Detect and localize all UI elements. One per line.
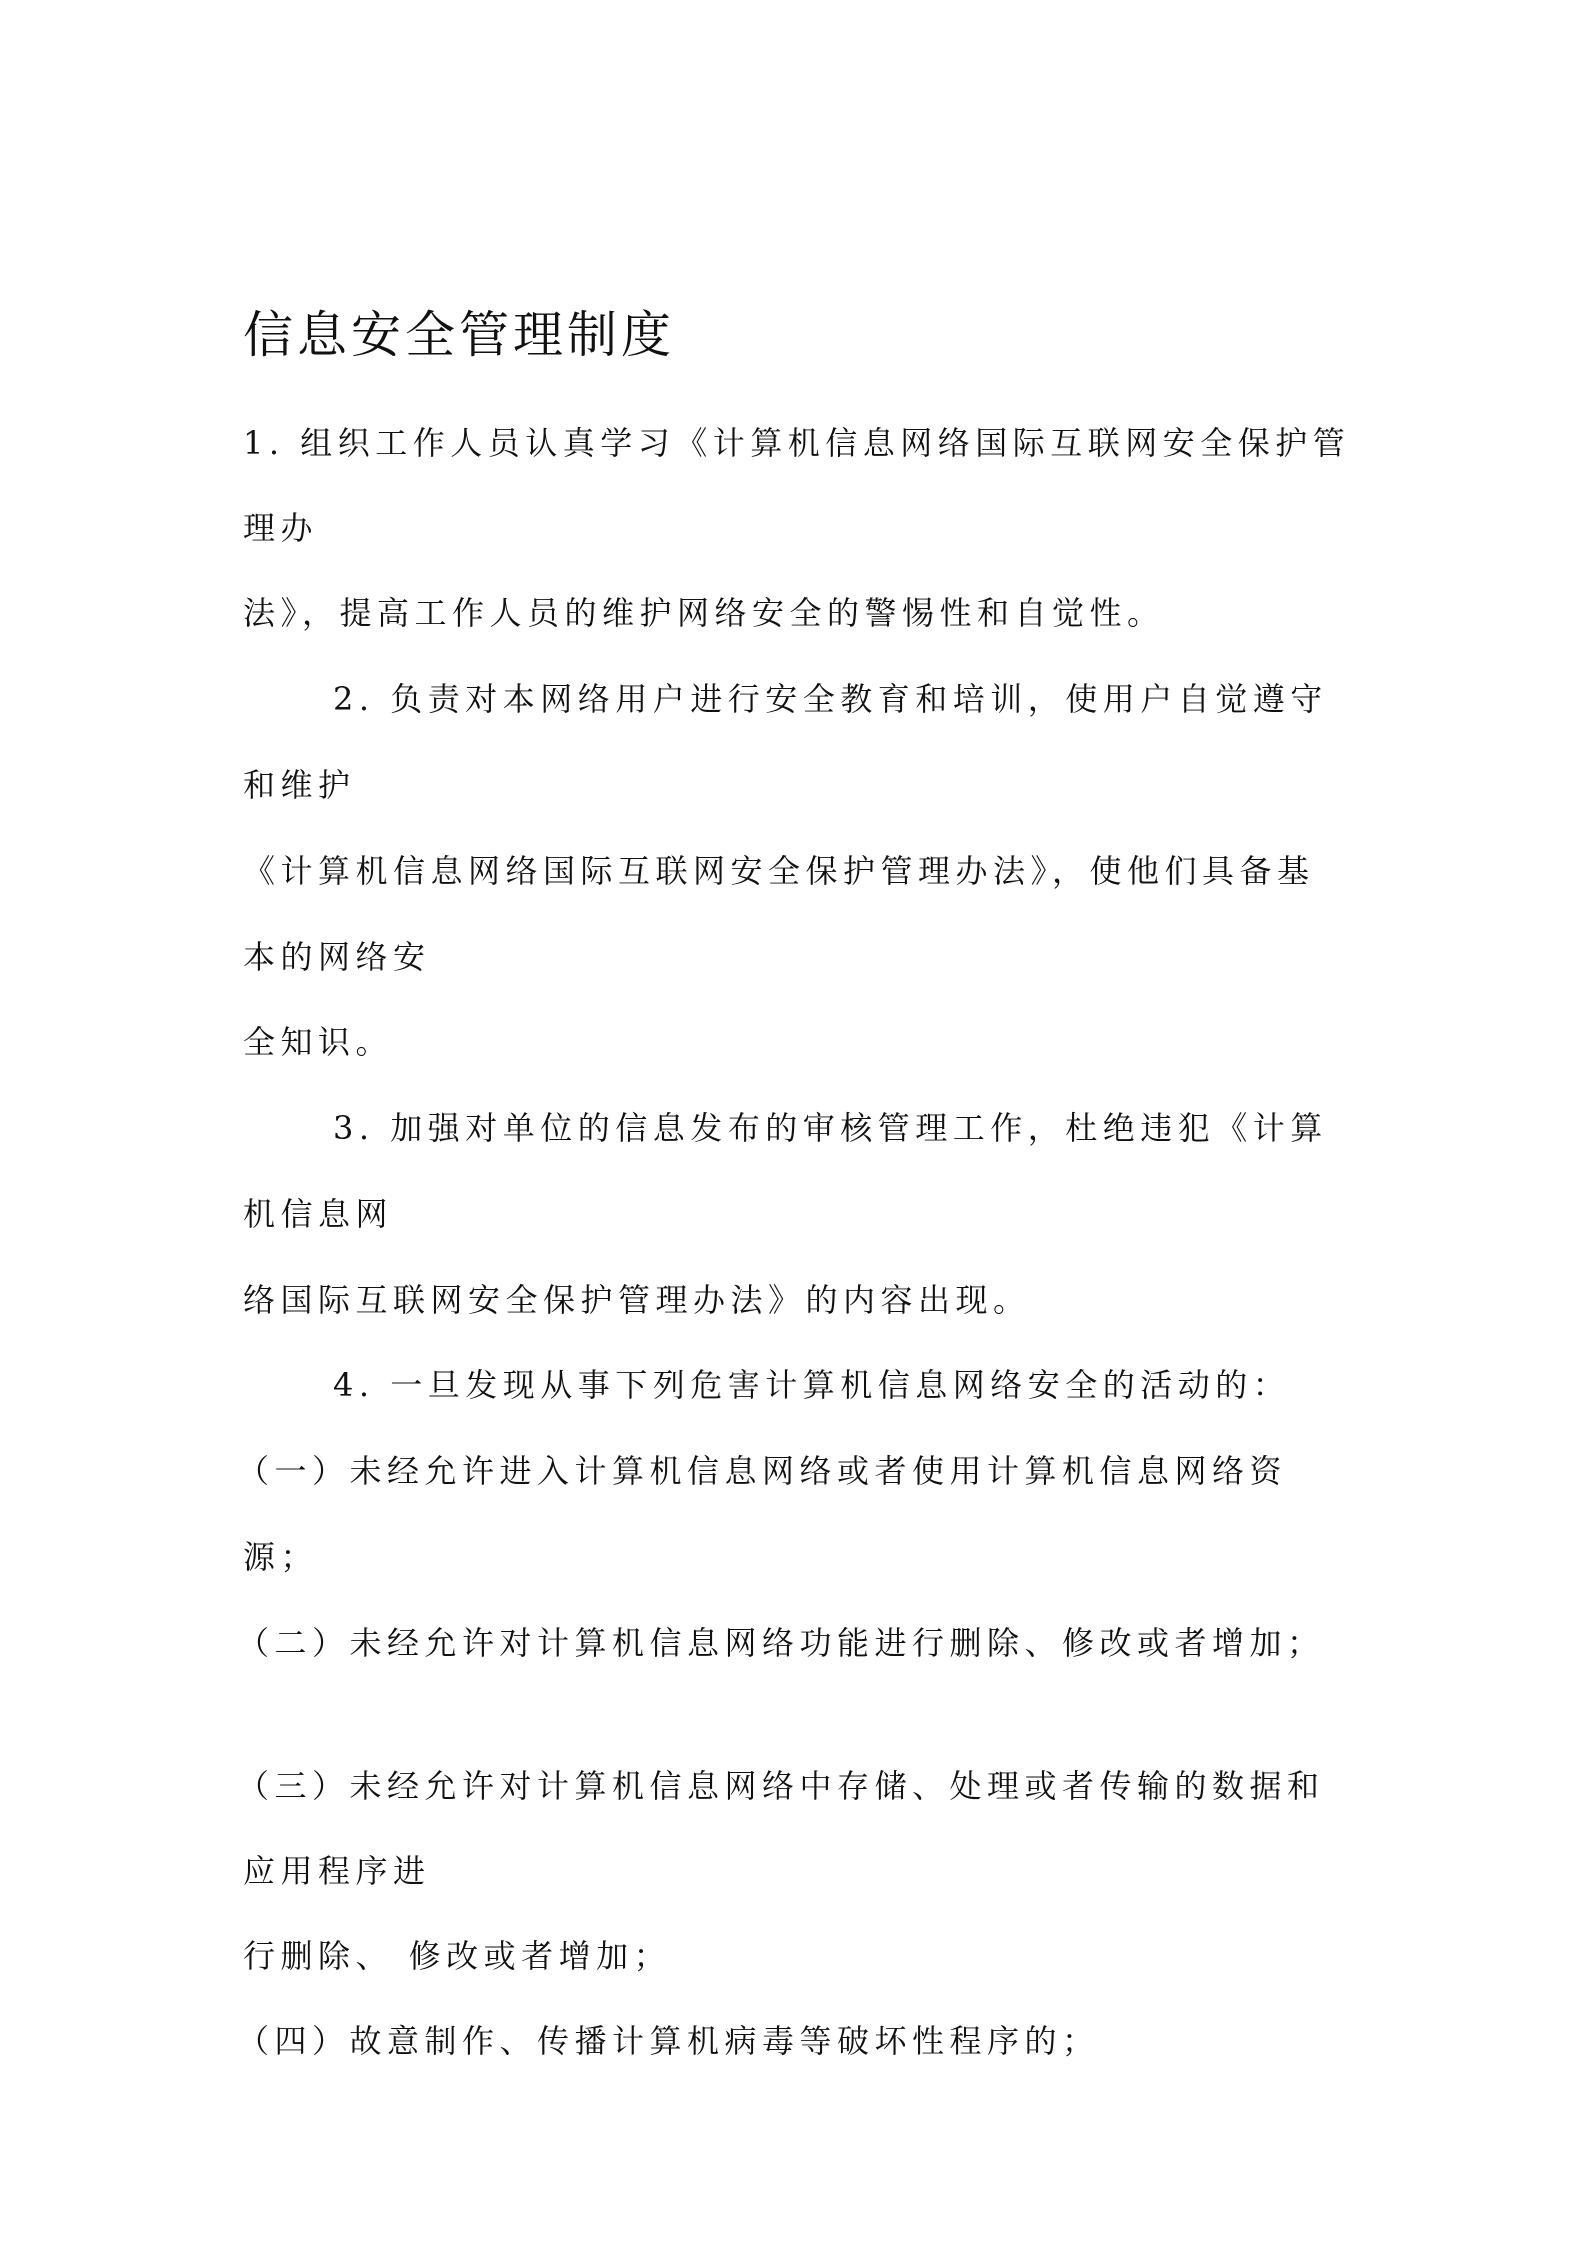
- paragraph-3-line-2: 机信息网: [243, 1192, 393, 1236]
- paragraph-2-line-2: 和维护: [243, 763, 356, 807]
- paragraph-1-line-2: 理办: [243, 506, 318, 550]
- paragraph-4-line-1: 4. 一旦发现从事下列危害计算机信息网络安全的活动的：: [333, 1363, 1290, 1407]
- item-1-line-2: 源；: [243, 1535, 318, 1579]
- item-3-line-2: 应用程序进: [243, 1849, 431, 1893]
- paragraph-2-line-5: 全知识。: [243, 1020, 393, 1064]
- paragraph-3-line-3: 络国际互联网安全保护管理办法》的内容出现。: [243, 1278, 1031, 1322]
- paragraph-2-line-3: 《计算机信息网络国际互联网安全保护管理办法》，使他们具备基: [243, 849, 1315, 893]
- document-title: 信息安全管理制度: [243, 300, 675, 370]
- item-3-line-1: （三）未经允许对计算机信息网络中存储、处理或者传输的数据和: [237, 1764, 1325, 1808]
- paragraph-1-line-3: 法》，提高工作人员的维护网络安全的警惕性和自觉性。: [243, 591, 1165, 635]
- document-page: 信息安全管理制度 1. 组织工作人员认真学习《计算机信息网络国际互联网安全保护管…: [0, 0, 1587, 2245]
- item-4-line-1: （四）故意制作、传播计算机病毒等破坏性程序的；: [237, 2019, 1100, 2063]
- item-1-line-1: （一）未经允许进入计算机信息网络或者使用计算机信息网络资: [237, 1449, 1287, 1493]
- item-3-line-3: 行删除、 修改或者增加；: [243, 1934, 671, 1978]
- paragraph-2-line-1: 2. 负责对本网络用户进行安全教育和培训，使用户自觉遵守: [333, 677, 1328, 721]
- paragraph-3-line-1: 3. 加强对单位的信息发布的审核管理工作，杜绝违犯《计算: [333, 1106, 1328, 1150]
- item-2-line-1: （二）未经允许对计算机信息网络功能进行删除、修改或者增加；: [237, 1621, 1325, 1665]
- paragraph-1-line-1: 1. 组织工作人员认真学习《计算机信息网络国际互联网安全保护管: [243, 421, 1350, 465]
- paragraph-2-line-4: 本的网络安: [243, 935, 431, 979]
